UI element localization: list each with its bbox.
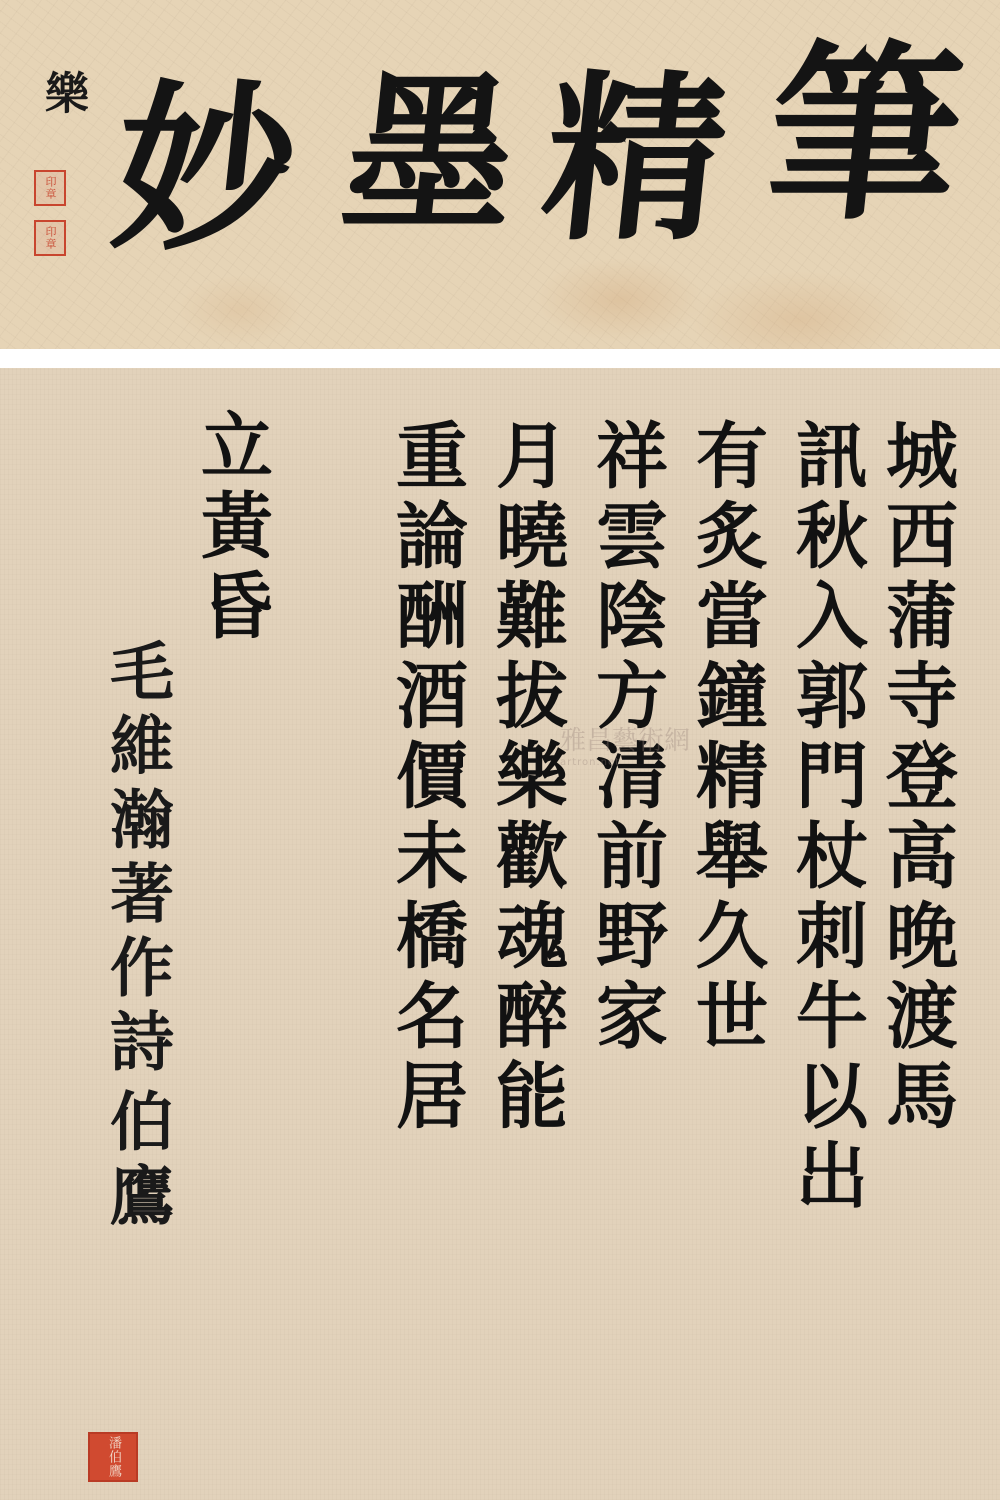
poem-column-5: 月曉難拔樂歡魂醉能 [490,418,562,1138]
poem-column-7: 立黃昏 [195,408,267,648]
watermark-text: 雅昌藝術網 [560,726,690,756]
watermark-subtext: artron.net [560,757,690,768]
poem-column-1: 城西蒲寺登高晚渡馬 [880,418,952,1138]
watermark: 雅昌藝術網 artron.net [560,720,690,768]
title-char-4: 妙 [106,80,305,260]
signature-column-2: 伯鷹 [90,1088,182,1236]
title-panel: 樂 印章 印章 筆 精 墨 妙 [0,0,1000,349]
title-char-3: 墨 [336,70,524,240]
poem-column-6: 重論酬酒價未橋名居 [390,418,462,1138]
poem-column-2: 訊秋入郭門杖刺牛以出 [790,418,862,1218]
title-char-1: 筆 [760,40,970,230]
poem-panel: 城西蒲寺登高晚渡馬 訊秋入郭門杖刺牛以出 有炙當鐘精舉久世 祥雲陰方清前野家 月… [0,368,1000,1500]
artist-seal: 潘伯鷹 [88,1432,138,1482]
inscription-char: 樂 [30,70,94,114]
title-char-2: 精 [536,70,735,250]
seal-lower: 印章 [34,220,66,256]
poem-column-3: 有炙當鐘精舉久世 [690,418,762,1058]
panel-divider [0,349,1000,368]
signature-column-1: 毛維瀚著作詩 [90,638,182,1082]
seal-upper: 印章 [34,170,66,206]
